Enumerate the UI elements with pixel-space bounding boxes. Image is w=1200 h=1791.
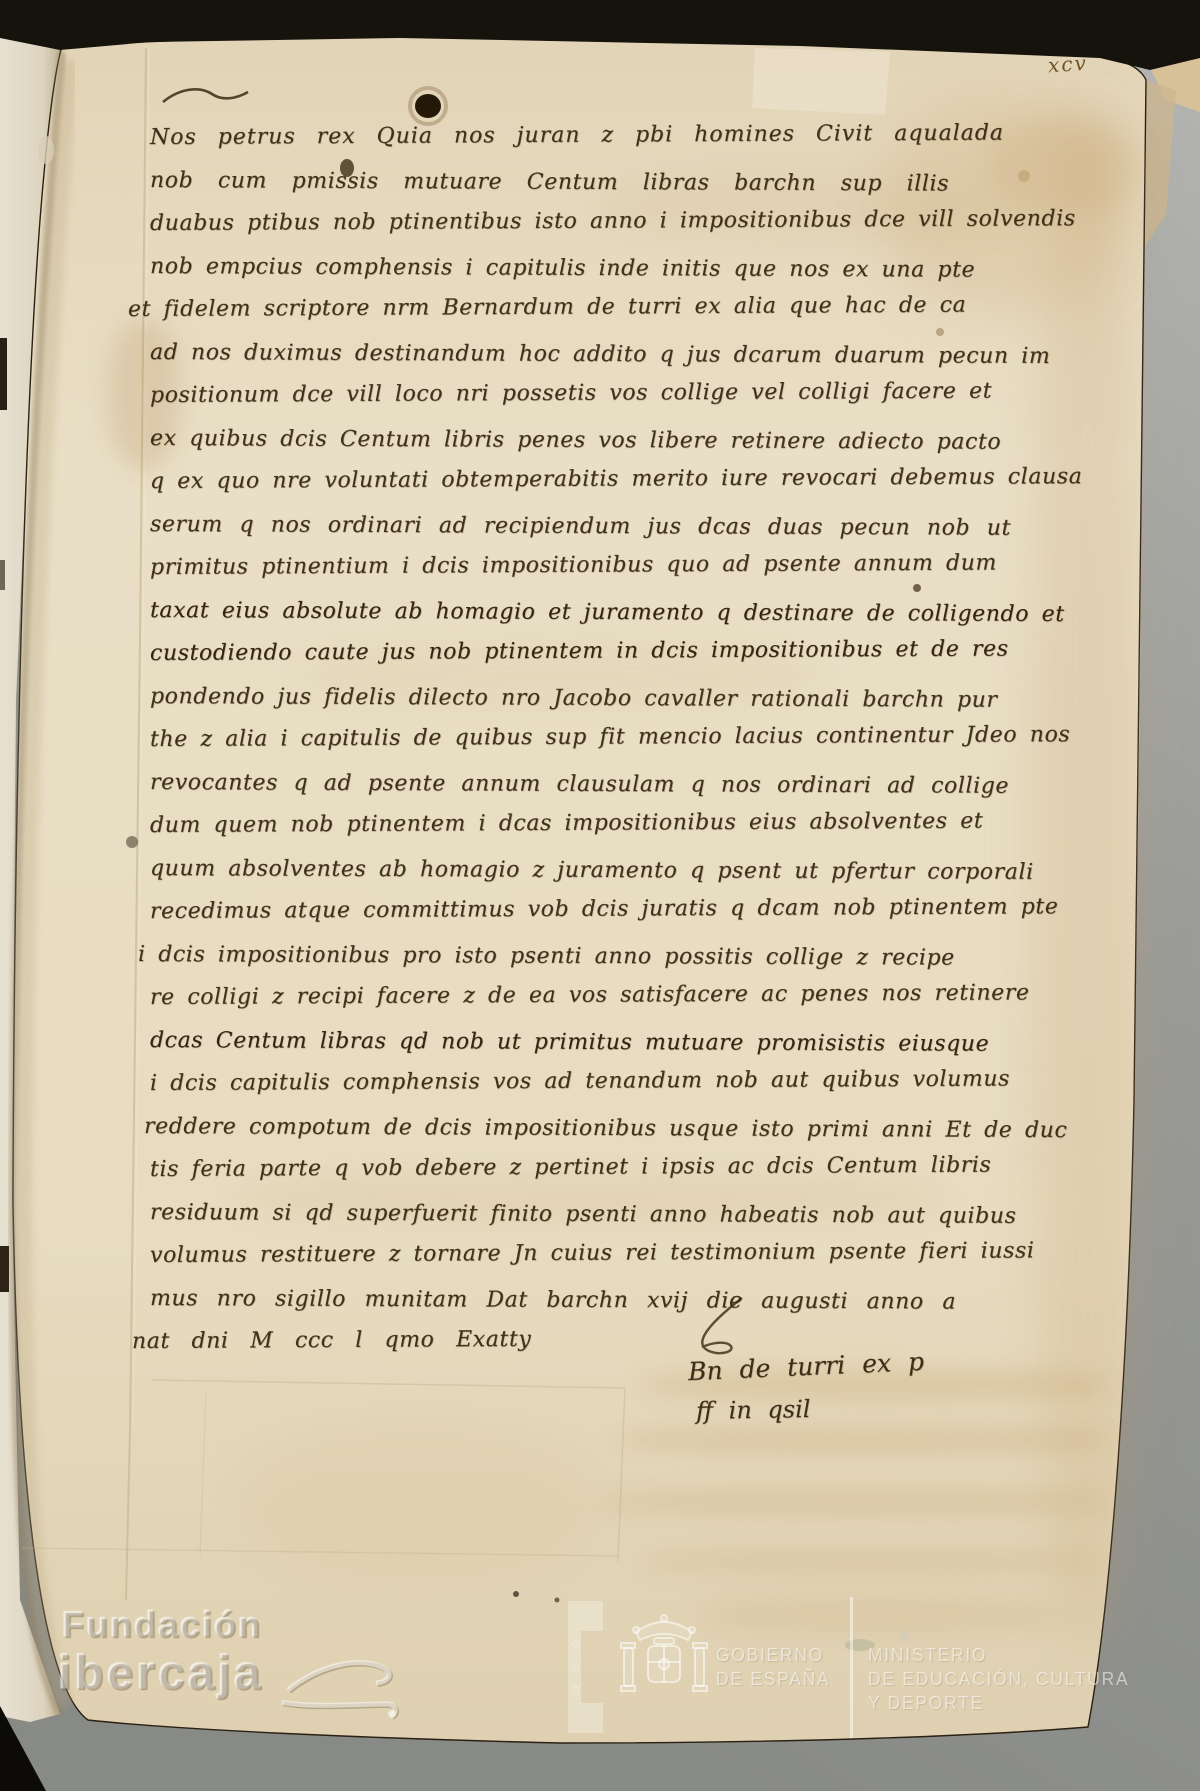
manuscript-scan-page: Nos petrus rex Quia nos juran z pbi homi… <box>0 0 1200 1791</box>
manuscript-line: i dcis capitulis comphensis vos ad tenan… <box>150 1057 1083 1105</box>
manuscript-line: duabus ptibus nob ptinentibus isto anno … <box>150 197 1083 245</box>
ink-speck-4 <box>555 1598 560 1603</box>
ink-speck-2 <box>126 836 138 848</box>
manuscript-line: q ex quo nre voluntati obtemperabitis me… <box>150 455 1083 503</box>
star-icon: ☆ <box>570 1661 581 1673</box>
ibercaja-watermark-line1: Fundación <box>62 1604 262 1646</box>
manuscript-line: Nos petrus rex Quia nos juran z pbi homi… <box>150 111 1083 159</box>
signature-line-2: ff in qsil <box>696 1395 811 1425</box>
flag-bracket-icon: ☆ ☆ ☆ <box>568 1601 608 1733</box>
manuscript-line: custodiendo caute jus nob ptinentem in d… <box>150 627 1083 675</box>
manuscript-line: the z alia i capitulis de quibus sup fit… <box>150 713 1083 761</box>
ink-speck-3 <box>513 1591 519 1597</box>
manuscript-line: dum quem nob ptinentem i dcas imposition… <box>150 799 1083 847</box>
manuscript-text-block: Nos petrus rex Quia nos juran z pbi homi… <box>150 116 1082 1363</box>
star-icon: ☆ <box>570 1683 581 1695</box>
folio-number: xcv <box>1047 51 1088 78</box>
manuscript-line: re colligi z recipi facere z de ea vos s… <box>150 971 1083 1019</box>
manuscript-line: positionum dce vill loco nri possetis vo… <box>150 369 1083 417</box>
smudge-dot <box>900 1632 910 1642</box>
manuscript-line: recedimus atque committimus vob dcis jur… <box>150 885 1083 933</box>
ibercaja-logo-icon <box>276 1648 406 1728</box>
manuscript-line: tis feria parte q vob debere z pertinet … <box>150 1143 1083 1191</box>
manuscript-line: volumus restituere z tornare Jn cuius re… <box>150 1229 1083 1277</box>
bracket-bar-top <box>581 1601 603 1631</box>
star-icon: ☆ <box>570 1639 581 1651</box>
watermark-divider <box>850 1597 853 1738</box>
gobierno-watermark-line1: GOBIERNO <box>716 1645 824 1666</box>
ministerio-watermark-line3: Y DEPORTE <box>868 1693 984 1714</box>
ministerio-watermark-line2: DE EDUCACIÓN, CULTURA <box>868 1669 1129 1690</box>
ministerio-watermark-line1: MINISTERIO <box>868 1645 987 1666</box>
manuscript-line: nat dni M ccc l qmo Exatty <box>132 1315 1083 1363</box>
ibercaja-watermark-line2: ibercaja <box>58 1646 263 1701</box>
manuscript-line: et fidelem scriptore nrm Bernardum de tu… <box>128 283 1083 331</box>
gobierno-watermark-line2: DE ESPAÑA <box>716 1669 830 1690</box>
manuscript-line: primitus ptinentium i dcis impositionibu… <box>150 541 1083 589</box>
opening-flourish <box>163 89 248 102</box>
bracket-bar-bottom <box>581 1703 603 1733</box>
spain-coat-of-arms-icon <box>612 1608 716 1718</box>
